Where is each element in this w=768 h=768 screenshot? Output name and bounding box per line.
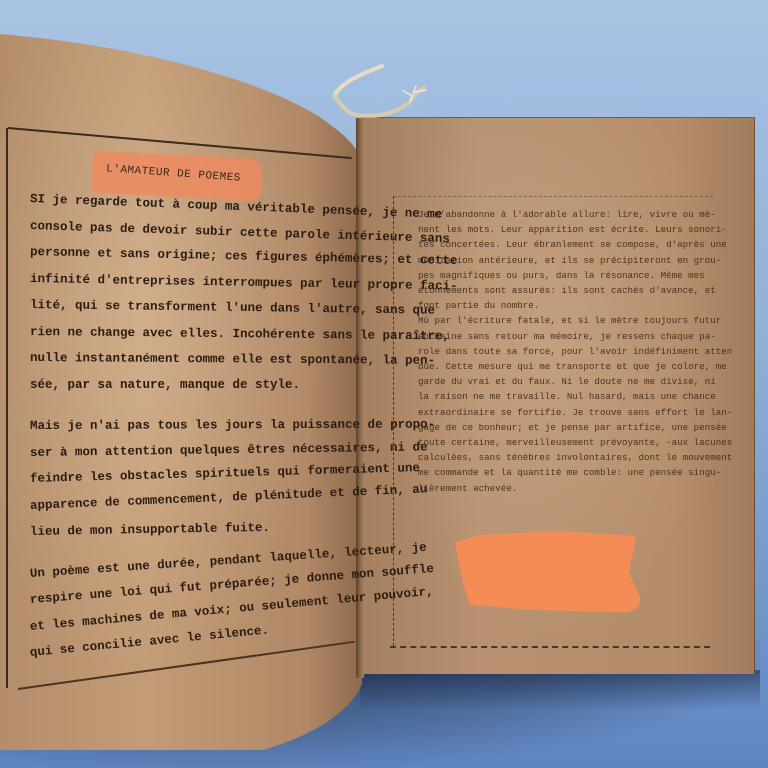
text-line: font partie du nombre. [418, 298, 733, 313]
text-line: extraordinaire se fortifie. Je trouve sa… [418, 405, 733, 420]
text-line: pes magnifiques ou purs, dans la résonan… [418, 268, 733, 283]
right-page-shadow [360, 670, 760, 710]
text-line: due. Cette mesure qui me transporte et q… [418, 359, 733, 374]
right-page-text: Je m'abandonne à l'adorable allure: lire… [418, 207, 733, 496]
text-line: méditation antérieure, et ils se précipi… [418, 253, 733, 268]
left-page-frame-side-rule [6, 128, 8, 688]
binding-string-icon [322, 62, 432, 122]
text-line: role dans toute sa force, pour l'avoir i… [418, 344, 733, 359]
text-line: étonnements sont assurés: ils sont caché… [418, 283, 733, 298]
text-line: nent les mots. Leur apparition est écrit… [418, 222, 733, 237]
text-line: lité, qui se transforment l'une dans l'a… [30, 292, 360, 323]
text-line: calculées, sans ténèbres involontaires, … [418, 450, 733, 465]
text-line: sée, par sa nature, manque de style. [30, 372, 360, 399]
text-line: enchaîne sans retour ma mémoire, je ress… [418, 329, 733, 344]
text-line: tés concertées. Leur ébranlement se comp… [418, 237, 733, 252]
right-page-frame-bottom-rule [390, 646, 710, 648]
text-line: nulle instantanément comme elle est spon… [30, 345, 360, 374]
text-line: Mû par l'écriture fatale, et si le mètre… [418, 313, 733, 328]
orange-paint-swatch [455, 531, 640, 613]
text-line: gage de ce bonheur; et je pense par arti… [418, 420, 733, 435]
text-line: la raison ne me travaille. Nul hasard, m… [418, 389, 733, 404]
text-line: lieu de mon insupportable fuite. [30, 513, 360, 545]
right-page-frame-top-rule [393, 196, 713, 197]
text-line: Je m'abandonne à l'adorable allure: lire… [418, 207, 733, 222]
text-line: rien ne change avec elles. Incohérente s… [30, 319, 360, 349]
left-page-text: SI je regarde tout à coup ma véritable p… [30, 186, 360, 667]
text-line: toute certaine, merveilleusement prévoya… [418, 435, 733, 450]
text-line: lièrement achevée. [418, 481, 733, 496]
text-line: garde du vrai et du faux. Ni le doute ne… [418, 374, 733, 389]
text-line: me commande et la quantité me comble: un… [418, 465, 733, 480]
